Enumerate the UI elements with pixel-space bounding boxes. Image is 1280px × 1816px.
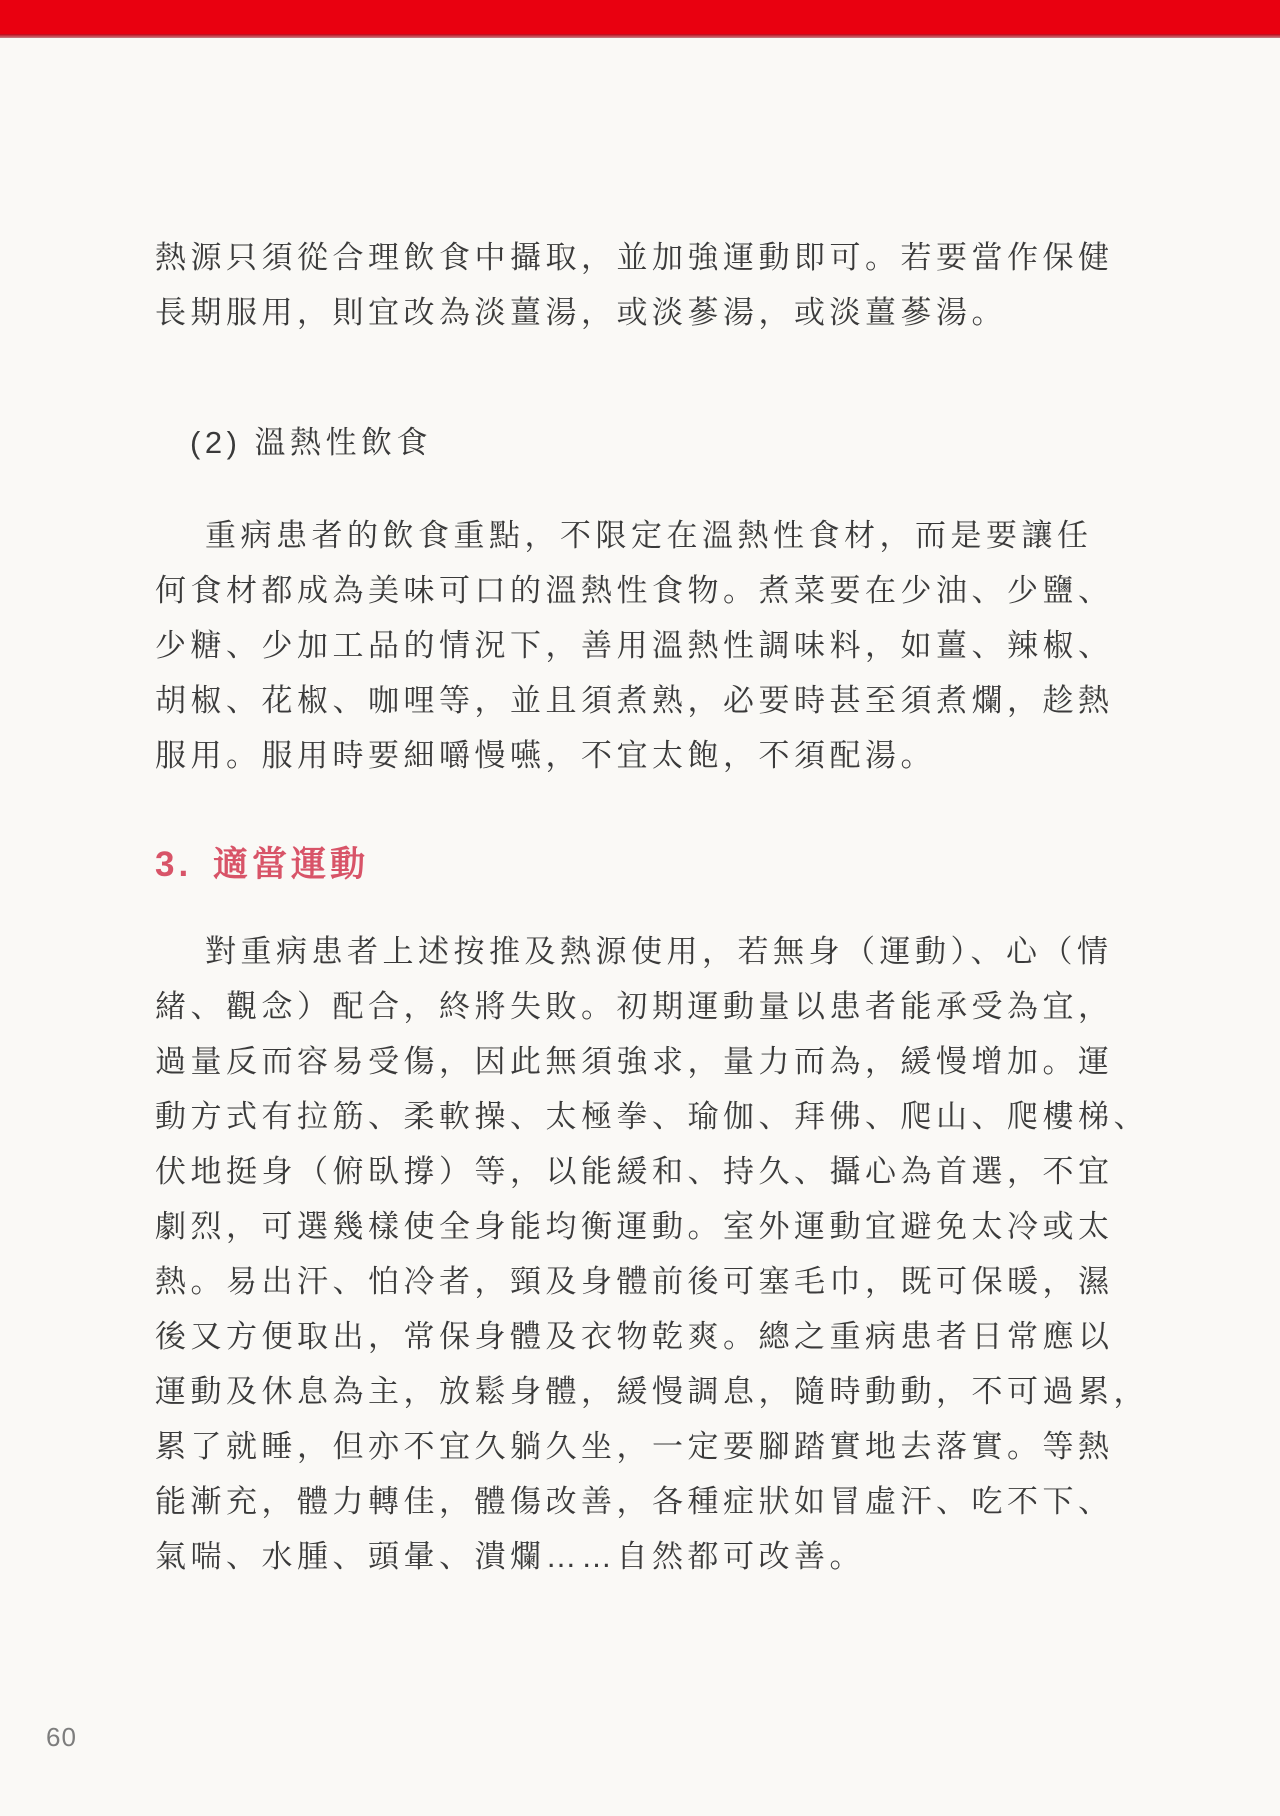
section-title: 適當運動	[213, 835, 369, 895]
text-line: 服用。服用時要細嚼慢嚥，不宜太飽，不須配湯。	[155, 728, 1145, 783]
text-line: 能漸充，體力轉佳，體傷改善，各種症狀如冒虛汗、吃不下、	[155, 1474, 1145, 1529]
text-line: 熱。易出汗、怕冷者，頸及身體前後可塞毛巾，既可保暖，濕	[155, 1254, 1145, 1309]
text-line: 緒、觀念）配合，終將失敗。初期運動量以患者能承受為宜，	[155, 979, 1145, 1034]
text-line: 動方式有拉筋、柔軟操、太極拳、瑜伽、拜佛、爬山、爬樓梯、	[155, 1089, 1145, 1144]
text-line: 長期服用，則宜改為淡薑湯，或淡蔘湯，或淡薑蔘湯。	[155, 285, 1145, 340]
section-heading-exercise: 3. 適當運動	[155, 835, 1145, 895]
text-line: 胡椒、花椒、咖哩等，並且須煮熟，必要時甚至須煮爛，趁熱	[155, 673, 1145, 728]
subheading-warm-diet: (2) 溫熱性飲食	[155, 415, 1145, 470]
text-line: 運動及休息為主，放鬆身體，緩慢調息，隨時動動，不可過累，	[155, 1364, 1145, 1419]
text-line: 過量反而容易受傷，因此無須強求，量力而為，緩慢增加。運	[155, 1034, 1145, 1089]
page-number: 60	[46, 1722, 77, 1753]
section-number: 3.	[155, 835, 213, 895]
text-line: 劇烈，可選幾樣使全身能均衡運動。室外運動宜避免太冷或太	[155, 1199, 1145, 1254]
text-line: 累了就睡，但亦不宜久躺久坐，一定要腳踏實地去落實。等熱	[155, 1419, 1145, 1474]
page-header-red-bar	[0, 0, 1280, 34]
text-line: 伏地挺身（俯臥撐）等，以能緩和、持久、攝心為首選，不宜	[155, 1144, 1145, 1199]
header-accent-line	[0, 34, 1280, 38]
paragraph-warm-diet: 重病患者的飲食重點，不限定在溫熱性食材，而是要讓任 何食材都成為美味可口的溫熱性…	[155, 508, 1145, 783]
paragraph-exercise: 對重病患者上述按推及熱源使用，若無身（運動）、心（情 緒、觀念）配合，終將失敗。…	[155, 924, 1145, 1584]
text-line: 何食材都成為美味可口的溫熱性食物。煮菜要在少油、少鹽、	[155, 563, 1145, 618]
text-line: 氣喘、水腫、頭暈、潰爛……自然都可改善。	[155, 1529, 1145, 1584]
page-content: 熱源只須從合理飲食中攝取，並加強運動即可。若要當作保健 長期服用，則宜改為淡薑湯…	[155, 230, 1145, 1584]
paragraph-heat-source: 熱源只須從合理飲食中攝取，並加強運動即可。若要當作保健 長期服用，則宜改為淡薑湯…	[155, 230, 1145, 340]
text-line: 後又方便取出，常保身體及衣物乾爽。總之重病患者日常應以	[155, 1309, 1145, 1364]
text-line: 少糖、少加工品的情況下，善用溫熱性調味料，如薑、辣椒、	[155, 618, 1145, 673]
text-line: 熱源只須從合理飲食中攝取，並加強運動即可。若要當作保健	[155, 230, 1145, 285]
text-line: 重病患者的飲食重點，不限定在溫熱性食材，而是要讓任	[155, 508, 1145, 563]
text-line: 對重病患者上述按推及熱源使用，若無身（運動）、心（情	[155, 924, 1145, 979]
